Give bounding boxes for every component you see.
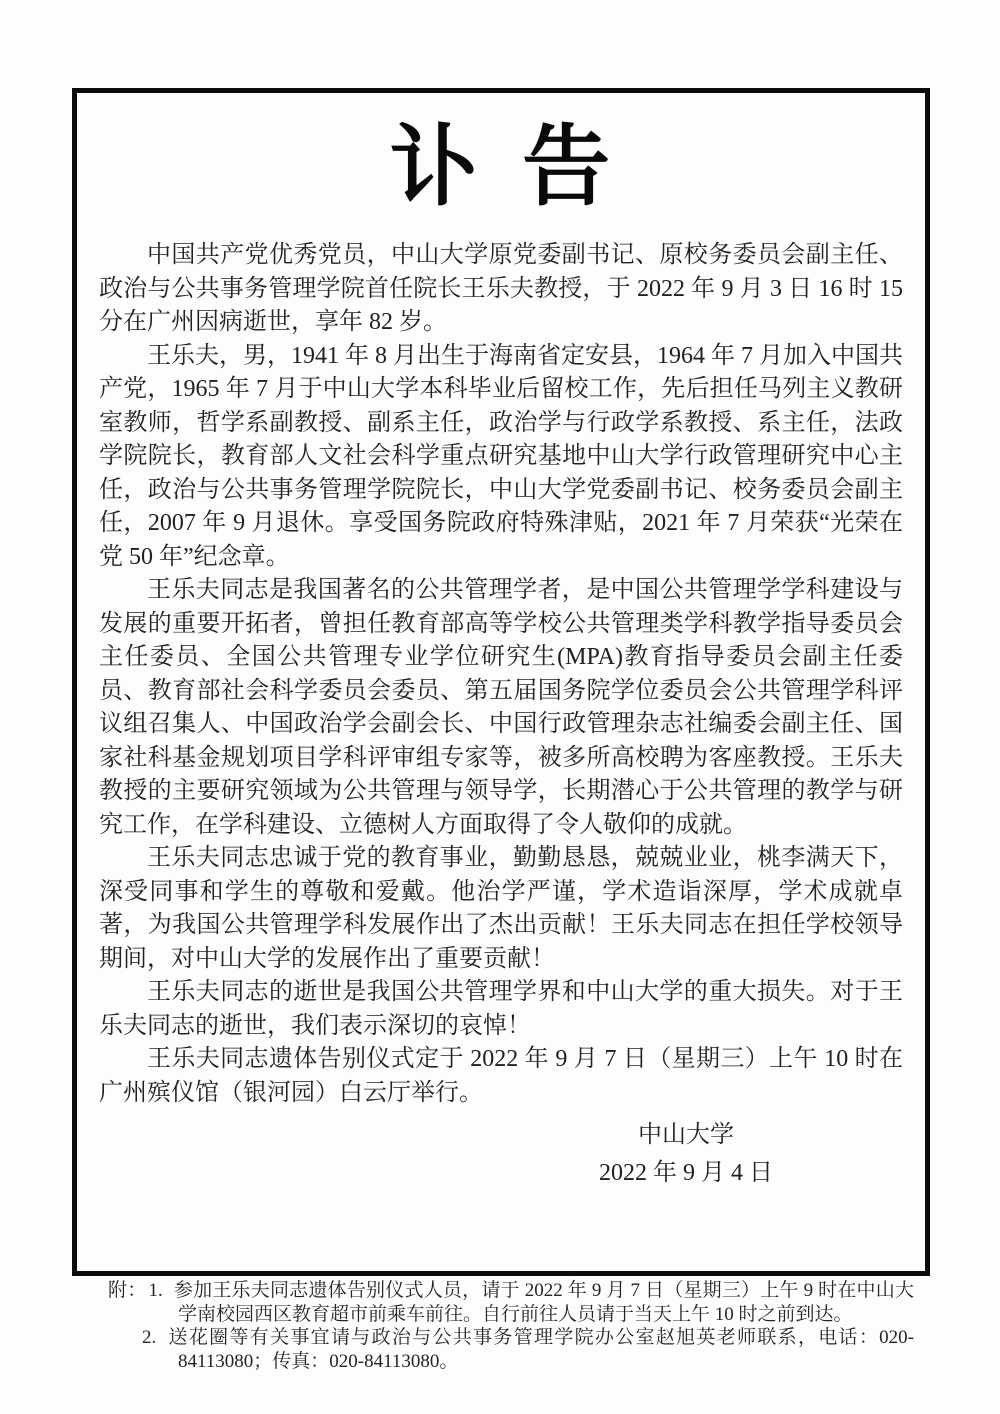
footnote-text-2: 送花圈等有关事宜请与政治与公共事务管理学院办公室赵旭英老师联系，电话：020-8… <box>167 1327 914 1372</box>
paragraph-intro: 中国共产党优秀党员，中山大学原党委副书记、原校务委员会副主任、政治与公共事务管理… <box>99 239 903 340</box>
footnote-item-1: 附：1.参加王乐夫同志遗体告别仪式人员，请于 2022 年 9 月 7 日（星期… <box>178 1279 914 1326</box>
footnote-text-1: 参加王乐夫同志遗体告别仪式人员，请于 2022 年 9 月 7 日（星期三）上午… <box>174 1280 914 1325</box>
notice-body: 中国共产党优秀党员，中山大学原党委副书记、原校务委员会副主任、政治与公共事务管理… <box>99 239 903 1110</box>
notice-title: 讣 告 <box>99 123 903 211</box>
footnote-label: 附： <box>108 1280 148 1301</box>
signature-name: 中山大学 <box>599 1116 773 1154</box>
footnote-number-2: 2. <box>142 1327 167 1348</box>
paragraph-contributions: 王乐夫同志忠诚于党的教育事业，勤勤恳恳，兢兢业业，桃李满天下，深受同事和学生的尊… <box>99 842 903 976</box>
paragraph-ceremony: 王乐夫同志遗体告别仪式定于 2022 年 9 月 7 日（星期三）上午 10 时… <box>99 1043 903 1110</box>
footnotes: 附：1.参加王乐夫同志遗体告别仪式人员，请于 2022 年 9 月 7 日（星期… <box>108 1279 914 1373</box>
paragraph-condolence: 王乐夫同志的逝世是我国公共管理学界和中山大学的重大损失。对于王乐夫同志的逝世，我… <box>99 976 903 1043</box>
footnote-item-2: 2.送花圈等有关事宜请与政治与公共事务管理学院办公室赵旭英老师联系，电话：020… <box>178 1326 914 1373</box>
obituary-page: 讣 告 中国共产党优秀党员，中山大学原党委副书记、原校务委员会副主任、政治与公共… <box>0 0 1000 1414</box>
footnote-number-1: 1. <box>148 1280 173 1301</box>
signature-date: 2022 年 9 月 4 日 <box>599 1154 773 1192</box>
paragraph-academic-roles: 王乐夫同志是我国著名的公共管理学者，是中国公共管理学学科建设与发展的重要开拓者，… <box>99 574 903 842</box>
paragraph-biography: 王乐夫，男，1941 年 8 月出生于海南省定安县，1964 年 7 月加入中国… <box>99 340 903 575</box>
notice-frame: 讣 告 中国共产党优秀党员，中山大学原党委副书记、原校务委员会副主任、政治与公共… <box>72 88 930 1276</box>
signature-block: 中山大学 2022 年 9 月 4 日 <box>599 1116 773 1192</box>
